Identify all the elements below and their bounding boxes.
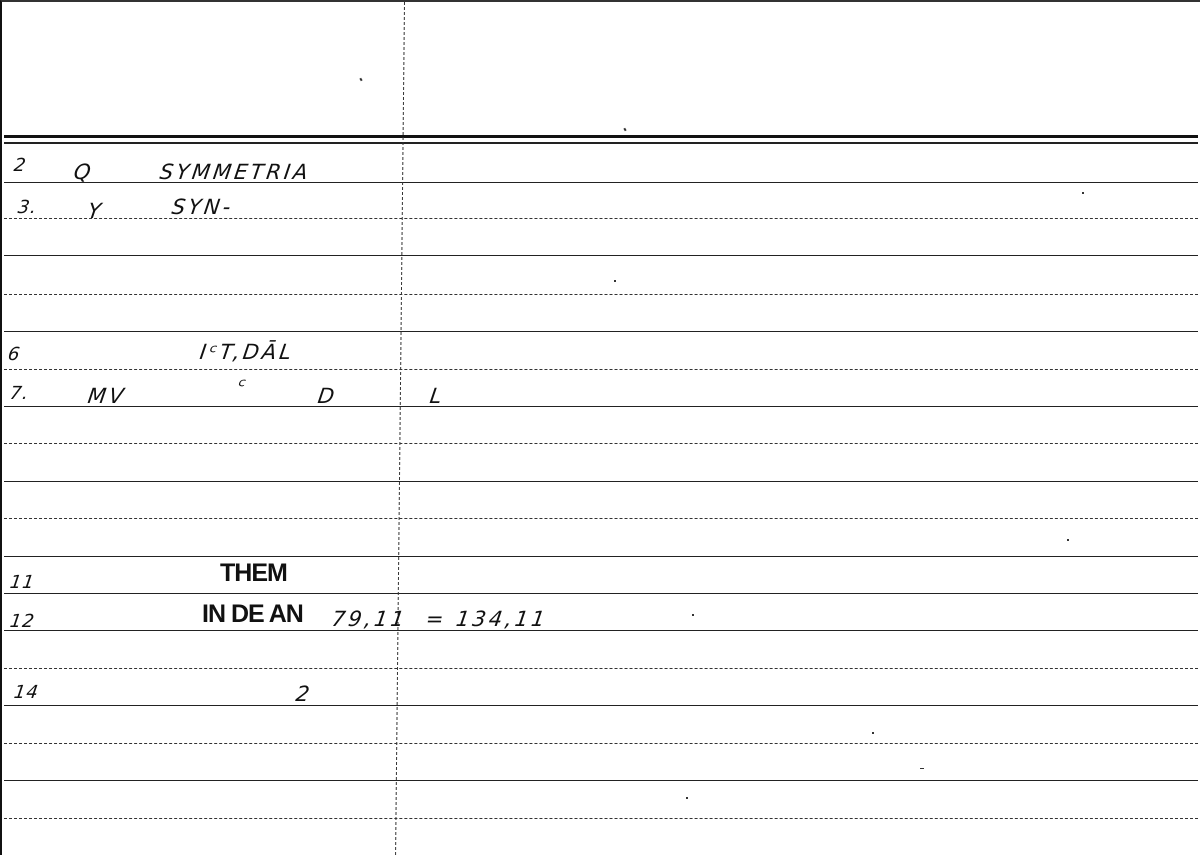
- ruled-line: [4, 593, 1198, 594]
- scan-speck: [614, 280, 616, 282]
- scan-speck: [872, 732, 874, 734]
- ruled-line: [4, 668, 1198, 669]
- handwritten-entry: SYN-: [170, 195, 235, 219]
- line-number: 11: [9, 572, 37, 593]
- handwritten-entry: IᶜT,DĀL: [198, 340, 296, 364]
- scan-speck: [623, 128, 626, 132]
- ruled-line: [4, 294, 1198, 295]
- stamped-text: THEM: [220, 559, 287, 588]
- handwritten-entry: 2: [294, 682, 314, 706]
- ruled-line: [4, 443, 1198, 444]
- line-number: 2: [13, 155, 28, 176]
- handwritten-entry: MV: [86, 384, 128, 408]
- line-number: 3.: [17, 197, 39, 218]
- line-number: 6: [7, 344, 22, 365]
- column-divider: [395, 2, 405, 855]
- handwritten-result: = 134,11: [424, 607, 549, 631]
- ruled-line: [4, 369, 1198, 370]
- handwritten-entry: Y: [86, 199, 105, 223]
- handwritten-entry: Q: [72, 160, 95, 184]
- line-number: 7.: [9, 383, 31, 404]
- ruled-line: [4, 743, 1198, 744]
- handwritten-entry: SYMMETRIA: [158, 160, 312, 184]
- scan-speck: [692, 614, 694, 616]
- ruled-line: [4, 705, 1198, 706]
- ruled-line: [4, 556, 1198, 557]
- index-card: 2 Q SYMMETRIA 3. Y SYN- 6 IᶜT,DĀL 7. MV …: [0, 0, 1200, 855]
- header-rule: [4, 135, 1198, 138]
- ruled-line: [4, 518, 1198, 519]
- scan-speck: [1067, 539, 1069, 541]
- scan-speck: [686, 797, 688, 799]
- ruled-line: [4, 331, 1198, 332]
- stamped-text: IN DE AN: [202, 600, 303, 629]
- scan-speck: [1082, 192, 1084, 194]
- ruled-line: [4, 630, 1198, 631]
- handwritten-mark: ᶜ: [236, 374, 250, 398]
- ruled-line: [4, 818, 1198, 819]
- scan-speck: [920, 768, 924, 769]
- ruled-line: [4, 255, 1198, 256]
- line-number: 14: [13, 682, 41, 703]
- header-rule-secondary: [4, 142, 1198, 144]
- handwritten-mark: D: [316, 384, 339, 408]
- handwritten-mark: L: [428, 384, 446, 408]
- line-number: 12: [9, 611, 37, 632]
- ruled-line: [4, 481, 1198, 482]
- scan-speck: [359, 78, 362, 82]
- ruled-line: [4, 780, 1198, 781]
- ruled-line: [4, 406, 1198, 407]
- handwritten-value: 79,11: [330, 607, 408, 631]
